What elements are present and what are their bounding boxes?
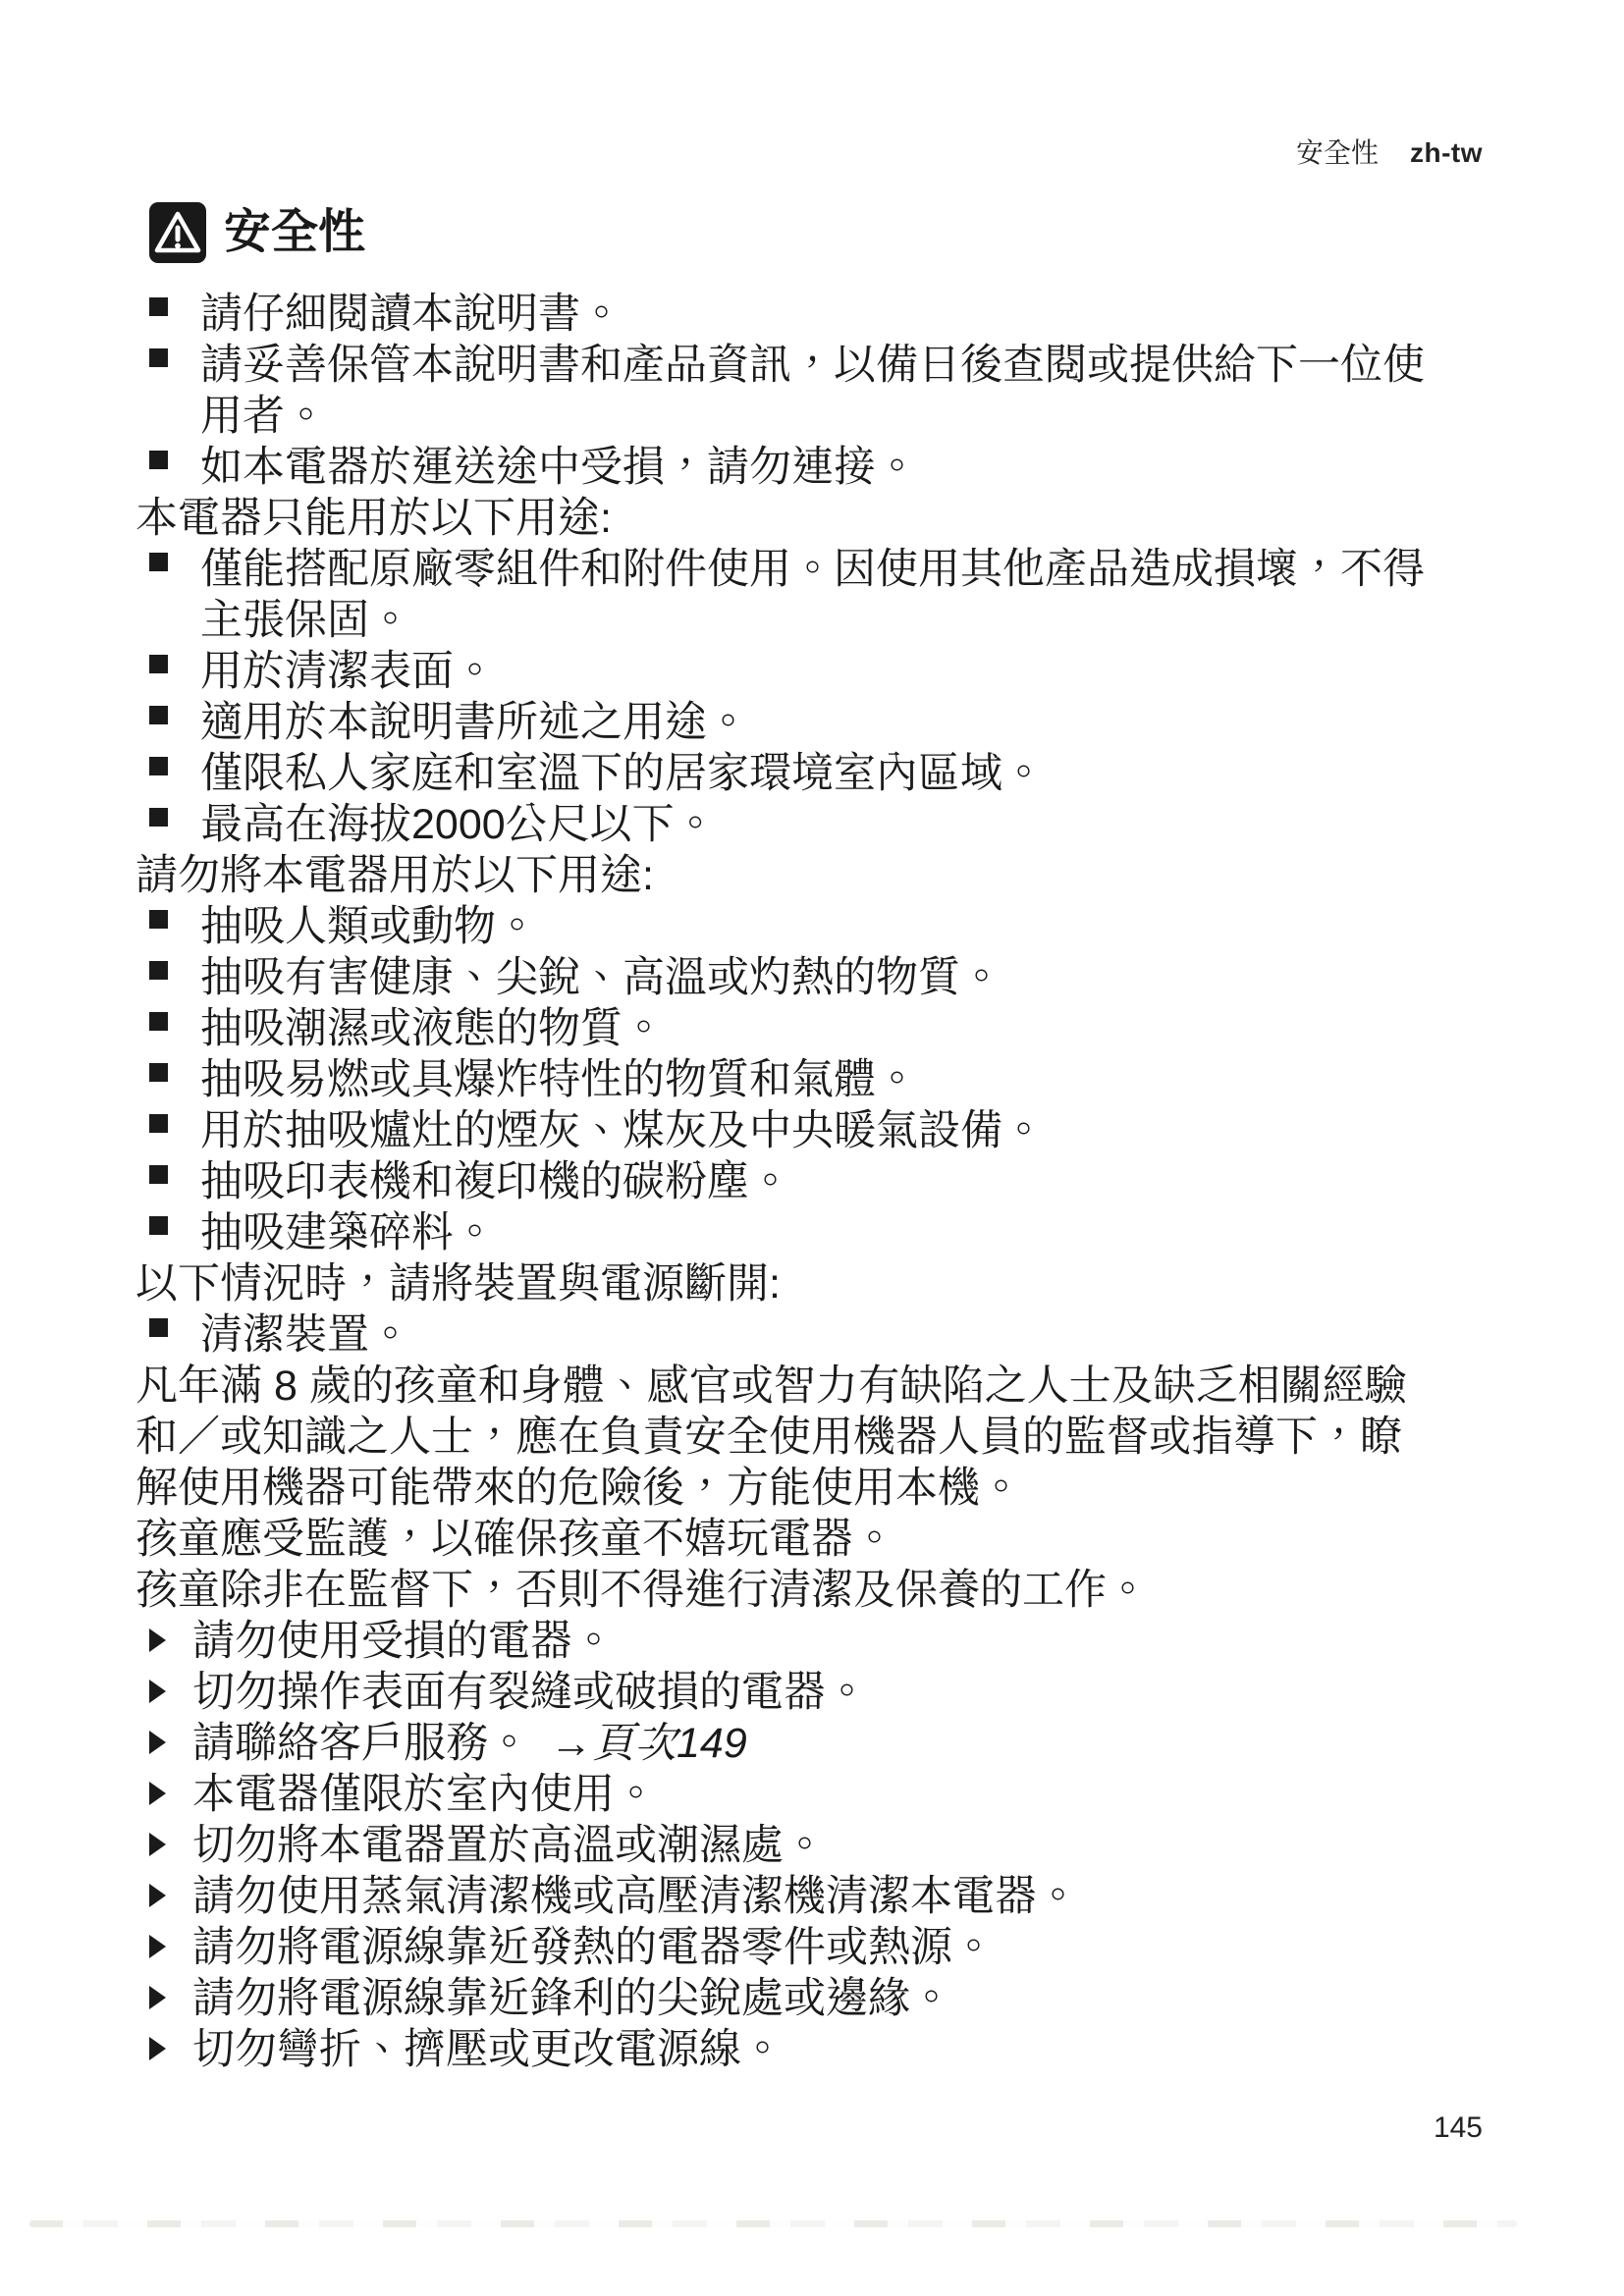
page-title: 安全性 [224, 202, 365, 263]
line-text: 用者。 [135, 391, 327, 442]
line-text: 如本電器於運送途中受損，請勿連接。 [135, 442, 918, 493]
bullet-item: 抽吸潮濕或液態的物質。 [135, 1003, 1510, 1054]
instruction-item: 請聯絡客戶服務。→頁次149 [135, 1718, 1510, 1769]
content-lines: 請仔細閱讀本說明書。請妥善保管本說明書和產品資訊，以備日後查閱或提供給下一位使用… [135, 289, 1510, 2075]
paragraph-line: 孩童應受監護，以確保孩童不嬉玩電器。 [135, 1514, 1510, 1565]
line-text: 本電器只能用於以下用途: [135, 493, 612, 544]
warning-triangle-icon [149, 202, 206, 263]
square-bullet-icon [149, 961, 168, 980]
line-text: 解使用機器可能帶來的危險後，方能使用本機。 [135, 1463, 1022, 1514]
line-text: 用於清潔表面。 [135, 646, 496, 697]
square-bullet-icon [149, 910, 168, 929]
square-bullet-icon [149, 1114, 168, 1133]
line-text: 請勿使用蒸氣清潔機或高壓清潔機清潔本電器。 [135, 1871, 1079, 1922]
continuation-line: 主張保固。 [135, 595, 1510, 646]
arrow-bullet-icon [149, 1680, 166, 1703]
bullet-item: 用於抽吸爐灶的煙灰、煤灰及中央暖氣設備。 [135, 1105, 1510, 1156]
page-number: 145 [1434, 2110, 1483, 2146]
line-text: 請勿使用受損的電器。 [135, 1616, 615, 1667]
bullet-item: 適用於本說明書所述之用途。 [135, 697, 1510, 748]
line-text: 抽吸建築碎料。 [135, 1207, 496, 1258]
running-header-section: 安全性 [1296, 135, 1379, 171]
line-text: 請勿將電源線靠近鋒利的尖銳處或邊緣。 [135, 1973, 952, 2024]
running-header: 安全性zh-tw [1296, 135, 1483, 171]
paragraph-line: 解使用機器可能帶來的危險後，方能使用本機。 [135, 1463, 1510, 1514]
paragraph-line: 孩童除非在監督下，否則不得進行清潔及保養的工作。 [135, 1565, 1510, 1616]
paragraph-line: 凡年滿 8 歲的孩童和身體、感官或智力有缺陷之人士及缺乏相關經驗 [135, 1361, 1510, 1412]
line-text: 請聯絡客戶服務。 [135, 1718, 530, 1769]
continuation-line: 用者。 [135, 391, 1510, 442]
arrow-bullet-icon [149, 1884, 166, 1907]
line-text: 用於抽吸爐灶的煙灰、煤灰及中央暖氣設備。 [135, 1105, 1045, 1156]
square-bullet-icon [149, 553, 168, 571]
instruction-item: 請勿將電源線靠近發熱的電器零件或熱源。 [135, 1922, 1510, 1973]
square-bullet-icon [149, 1012, 168, 1031]
bullet-item: 抽吸有害健康、尖銳、高溫或灼熱的物質。 [135, 952, 1510, 1003]
manual-page: 安全性zh-tw 安全性 請仔細閱讀本說明書。請妥善保管本說明書和產品資訊，以備… [0, 0, 1624, 2296]
bullet-item: 抽吸人類或動物。 [135, 901, 1510, 952]
line-text: 切勿彎折、擠壓或更改電源線。 [135, 2024, 784, 2075]
paragraph-line: 以下情況時，請將裝置與電源斷開: [135, 1258, 1510, 1309]
line-text: 僅能搭配原廠零組件和附件使用。因使用其他產品造成損壞，不得 [135, 544, 1425, 595]
line-text: 抽吸人類或動物。 [135, 901, 538, 952]
section-heading: 安全性 [149, 202, 365, 263]
arrow-bullet-icon [149, 1833, 166, 1856]
language-code: zh-tw [1410, 135, 1483, 171]
line-text: 抽吸潮濕或液態的物質。 [135, 1003, 665, 1054]
square-bullet-icon [149, 1063, 168, 1082]
square-bullet-icon [149, 655, 168, 673]
arrow-bullet-icon [149, 1782, 166, 1805]
line-text: 本電器僅限於室內使用。 [135, 1769, 657, 1820]
line-text: 以下情況時，請將裝置與電源斷開: [135, 1258, 781, 1309]
line-text: 抽吸有害健康、尖銳、高溫或灼熱的物質。 [135, 952, 1002, 1003]
paragraph-line: 和／或知識之人士，應在負責安全使用機器人員的監督或指導下，瞭 [135, 1412, 1510, 1463]
square-bullet-icon [149, 348, 168, 367]
scan-artifact-strip [29, 2220, 1517, 2227]
arrow-bullet-icon [149, 2037, 166, 2060]
line-text: 請勿將本電器用於以下用途: [135, 850, 654, 901]
line-text: 適用於本說明書所述之用途。 [135, 697, 749, 748]
instruction-item: 切勿彎折、擠壓或更改電源線。 [135, 2024, 1510, 2075]
line-text: 和／或知識之人士，應在負責安全使用機器人員的監督或指導下，瞭 [135, 1412, 1402, 1463]
instruction-item: 請勿使用受損的電器。 [135, 1616, 1510, 1667]
line-text: 孩童除非在監督下，否則不得進行清潔及保養的工作。 [135, 1565, 1149, 1616]
bullet-item: 抽吸印表機和複印機的碳粉塵。 [135, 1156, 1510, 1207]
bullet-item: 清潔裝置。 [135, 1309, 1510, 1361]
square-bullet-icon [149, 808, 168, 827]
line-text: 孩童應受監護，以確保孩童不嬉玩電器。 [135, 1514, 895, 1565]
instruction-item: 切勿操作表面有裂縫或破損的電器。 [135, 1667, 1510, 1718]
square-bullet-icon [149, 1165, 168, 1184]
square-bullet-icon [149, 706, 168, 724]
bullet-item: 僅限私人家庭和室溫下的居家環境室內區域。 [135, 748, 1510, 799]
bullet-item: 請仔細閱讀本說明書。 [135, 289, 1510, 340]
square-bullet-icon [149, 1216, 168, 1235]
line-text: 清潔裝置。 [135, 1309, 411, 1361]
bullet-item: 最高在海拔2000公尺以下。 [135, 799, 1510, 850]
line-text: 抽吸印表機和複印機的碳粉塵。 [135, 1156, 791, 1207]
arrow-bullet-icon [149, 1986, 166, 2009]
instruction-item: 請勿使用蒸氣清潔機或高壓清潔機清潔本電器。 [135, 1871, 1510, 1922]
line-text: 切勿將本電器置於高溫或潮濕處。 [135, 1820, 826, 1871]
instruction-item: 本電器僅限於室內使用。 [135, 1769, 1510, 1820]
line-text: 請勿將電源線靠近發熱的電器零件或熱源。 [135, 1922, 995, 1973]
page-reference: →頁次149 [550, 1720, 747, 1767]
paragraph-line: 請勿將本電器用於以下用途: [135, 850, 1510, 901]
line-text: 切勿操作表面有裂縫或破損的電器。 [135, 1667, 868, 1718]
line-text: 主張保固。 [135, 595, 411, 646]
arrow-bullet-icon [149, 1731, 166, 1754]
bullet-item: 抽吸建築碎料。 [135, 1207, 1510, 1258]
bullet-item: 用於清潔表面。 [135, 646, 1510, 697]
line-text: 請仔細閱讀本說明書。 [135, 289, 623, 340]
line-text: 請妥善保管本說明書和產品資訊，以備日後查閱或提供給下一位使 [135, 340, 1425, 391]
line-text: 抽吸易燃或具爆炸特性的物質和氣體。 [135, 1054, 918, 1105]
square-bullet-icon [149, 297, 168, 316]
bullet-item: 如本電器於運送途中受損，請勿連接。 [135, 442, 1510, 493]
arrow-bullet-icon [149, 1935, 166, 1958]
square-bullet-icon [149, 1318, 168, 1337]
bullet-item: 僅能搭配原廠零組件和附件使用。因使用其他產品造成損壞，不得 [135, 544, 1510, 595]
bullet-item: 抽吸易燃或具爆炸特性的物質和氣體。 [135, 1054, 1510, 1105]
instruction-item: 請勿將電源線靠近鋒利的尖銳處或邊緣。 [135, 1973, 1510, 2024]
instruction-item: 切勿將本電器置於高溫或潮濕處。 [135, 1820, 1510, 1871]
line-text: 僅限私人家庭和室溫下的居家環境室內區域。 [135, 748, 1045, 799]
paragraph-line: 本電器只能用於以下用途: [135, 493, 1510, 544]
square-bullet-icon [149, 451, 168, 469]
arrow-bullet-icon [149, 1629, 166, 1652]
square-bullet-icon [149, 757, 168, 775]
bullet-item: 請妥善保管本說明書和產品資訊，以備日後查閱或提供給下一位使 [135, 340, 1510, 391]
line-text: 最高在海拔2000公尺以下。 [135, 799, 717, 850]
line-text: 凡年滿 8 歲的孩童和身體、感官或智力有缺陷之人士及缺乏相關經驗 [135, 1361, 1407, 1412]
